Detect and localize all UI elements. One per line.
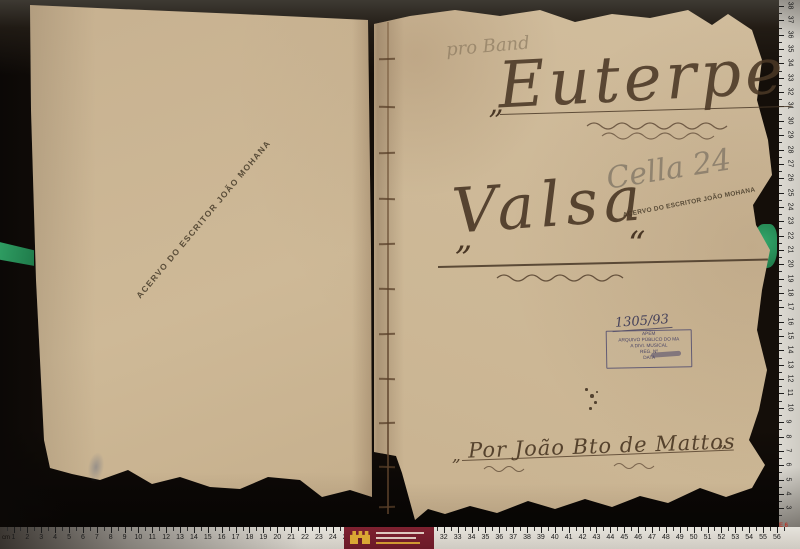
ruler-tick: [118, 527, 119, 531]
ruler-number: 3: [39, 534, 43, 541]
ruler-tick: [624, 527, 625, 533]
ruler-tick: [145, 527, 146, 531]
ruler-number: 46: [634, 534, 642, 541]
ruler-number: 5: [67, 534, 71, 541]
ruler-tick: [779, 228, 782, 229]
ruler-tick: [76, 527, 77, 531]
ruler-tick: [638, 527, 639, 533]
scanned-document-photo: 3837363534333231302928272625242322212019…: [0, 0, 800, 549]
author-flourish: [482, 464, 528, 474]
ruler-tick: [173, 527, 174, 531]
ruler-tick: [779, 257, 782, 258]
ruler-tick: [756, 527, 757, 531]
ruler-tick: [249, 527, 250, 533]
ruler-number: 33: [786, 73, 793, 81]
ruler-tick: [263, 527, 264, 533]
ruler-tick: [694, 527, 695, 533]
ruler-tick: [779, 250, 784, 251]
ruler-tick: [152, 527, 153, 533]
ruler-tick: [270, 527, 271, 531]
ruler-number: 28: [786, 145, 793, 153]
ruler-tick: [701, 527, 702, 531]
ruler-number: 41: [565, 534, 573, 541]
apem-logo-text: [376, 532, 424, 534]
ruler-tick: [562, 527, 563, 531]
ruler-number: 35: [482, 534, 490, 541]
ruler-tick: [687, 527, 688, 531]
ruler-number: 15: [786, 332, 793, 340]
ruler-tick: [41, 527, 42, 533]
ruler-number: 40: [551, 534, 559, 541]
ruler-number: 37: [786, 16, 793, 24]
ruler-number: 16: [786, 317, 793, 325]
ruler-tick: [779, 379, 784, 380]
ruler-number: 5: [784, 477, 791, 481]
ruler-tick: [779, 472, 782, 473]
ruler-tick: [779, 221, 784, 222]
ruler-number: 21: [287, 534, 295, 541]
ruler-tick: [779, 480, 784, 481]
ruler-tick: [779, 150, 784, 151]
ruler-tick: [548, 527, 549, 531]
ruler-tick: [779, 207, 784, 208]
ruler-tick: [277, 527, 278, 533]
ruler-tick: [159, 527, 160, 531]
ruler-number: 22: [786, 231, 793, 239]
ink-speck: [590, 394, 594, 398]
ruler-tick: [779, 358, 782, 359]
apem-stamp-box: APEM ARQUIVO PÚBLICO DO MA A DIVI. MUSIC…: [606, 329, 693, 368]
apem-logo-text: [376, 537, 416, 539]
ruler-number: 19: [786, 274, 793, 282]
ruler-number: 22: [301, 534, 309, 541]
ruler-number: 36: [786, 30, 793, 38]
ruler-tick: [131, 527, 132, 531]
ruler-tick: [201, 527, 202, 531]
ruler-number: 24: [329, 534, 337, 541]
ruler-tick: [779, 293, 784, 294]
ruler-tick: [298, 527, 299, 531]
ruler-tick: [779, 28, 782, 29]
ruler-tick: [340, 527, 341, 531]
ruler-tick: [166, 527, 167, 533]
ruler-number: 44: [606, 534, 614, 541]
ruler-number: 38: [786, 2, 793, 10]
ruler-tick: [583, 527, 584, 533]
ruler-tick: [478, 527, 479, 531]
ruler-tick: [90, 527, 91, 531]
ruler-number: 24: [786, 202, 793, 210]
ruler-number: 35: [786, 45, 793, 53]
ruler-tick: [569, 527, 570, 533]
ruler-tick: [779, 508, 784, 509]
ruler-tick: [779, 200, 782, 201]
ruler-tick: [617, 527, 618, 531]
ruler-number: 50: [690, 534, 698, 541]
apem-logo: [344, 527, 434, 549]
ruler-tick: [779, 114, 782, 115]
frame-mark: E 6: [779, 523, 788, 529]
ruler-tick: [590, 527, 591, 531]
ruler-tick: [779, 157, 782, 158]
ruler-number: 1: [12, 534, 16, 541]
ruler-tick: [721, 527, 722, 533]
ruler-tick: [779, 243, 782, 244]
ruler-tick: [97, 527, 98, 533]
ruler-tick: [485, 527, 486, 533]
ruler-number: 42: [579, 534, 587, 541]
ruler-number: 27: [786, 159, 793, 167]
ruler-number: 48: [662, 534, 670, 541]
ink-speck: [596, 391, 598, 393]
ruler-tick: [777, 527, 778, 533]
ruler-tick: [673, 527, 674, 531]
ruler-tick: [208, 527, 209, 533]
ruler-tick: [513, 527, 514, 533]
ruler-tick: [506, 527, 507, 531]
ruler-tick: [48, 527, 49, 531]
ruler-tick: [779, 515, 782, 516]
ruler-number: 11: [786, 389, 793, 396]
ruler-tick: [779, 185, 782, 186]
ruler-tick: [779, 329, 782, 330]
ruler-tick: [326, 527, 327, 531]
ruler-tick: [27, 527, 28, 533]
ruler-tick: [779, 286, 782, 287]
ruler-number: 6: [784, 463, 791, 467]
ruler-number: 7: [784, 448, 791, 452]
ruler-tick: [492, 527, 493, 531]
ruler-tick: [779, 271, 782, 272]
ruler-tick: [458, 527, 459, 533]
ruler-tick: [652, 527, 653, 533]
ruler-number: 19: [259, 534, 267, 541]
ruler-number: 23: [786, 217, 793, 225]
ruler-number: 15: [204, 534, 212, 541]
ruler-tick: [779, 350, 784, 351]
ruler-tick: [194, 527, 195, 533]
ruler-number: 16: [218, 534, 226, 541]
ruler-tick: [779, 465, 784, 466]
ruler-number: 8: [109, 534, 113, 541]
ruler-tick: [779, 178, 784, 179]
ruler-tick: [534, 527, 535, 531]
ruler-tick: [770, 527, 771, 531]
ruler-tick: [499, 527, 500, 533]
ruler-tick: [779, 393, 784, 394]
ruler-tick: [779, 408, 784, 409]
ruler-tick: [527, 527, 528, 533]
ruler-tick: [437, 527, 438, 531]
ruler-tick: [779, 365, 784, 366]
ruler-tick: [645, 527, 646, 531]
ruler-tick: [779, 164, 784, 165]
ruler-tick: [236, 527, 237, 533]
ruler-tick: [779, 264, 784, 265]
ruler-number: 34: [786, 59, 793, 67]
ruler-tick: [243, 527, 244, 531]
ruler-tick: [659, 527, 660, 531]
ruler-tick: [319, 527, 320, 533]
ruler-tick: [284, 527, 285, 531]
ruler-tick: [779, 142, 782, 143]
ruler-number: 21: [786, 246, 793, 254]
ruler-number: 39: [537, 534, 545, 541]
ruler-number: 20: [786, 260, 793, 268]
ruler-number: 20: [273, 534, 281, 541]
ruler-tick: [779, 214, 782, 215]
ruler-tick: [714, 527, 715, 531]
ruler-number: 11: [149, 534, 156, 541]
ruler-tick: [779, 6, 784, 7]
ruler-tick: [256, 527, 257, 531]
ruler-unit-label: cm: [2, 535, 10, 541]
ruler-tick: [104, 527, 105, 531]
ruler-tick: [333, 527, 334, 533]
ruler-tick: [779, 494, 784, 495]
ruler-number: 14: [190, 534, 198, 541]
ruler-tick: [631, 527, 632, 531]
spine-fold: [387, 22, 389, 514]
ruler-tick: [555, 527, 556, 533]
ruler-tick: [610, 527, 611, 533]
ruler-number: 17: [786, 303, 793, 311]
ruler-tick: [708, 527, 709, 533]
ruler-number: 6: [81, 534, 85, 541]
ink-speck: [594, 401, 597, 404]
ruler-tick: [735, 527, 736, 533]
ink-speck: [589, 407, 592, 410]
ruler-number: 9: [784, 420, 791, 424]
ruler-tick: [83, 527, 84, 533]
ruler-number: 36: [495, 534, 503, 541]
ruler-number: 37: [509, 534, 517, 541]
ruler-number: 38: [523, 534, 531, 541]
ruler-tick: [7, 527, 8, 531]
ruler-number: 3: [784, 506, 791, 510]
ruler-tick: [779, 135, 784, 136]
ruler-tick: [291, 527, 292, 533]
ruler-tick: [138, 527, 139, 533]
ruler-number: 10: [786, 403, 793, 411]
ruler-tick: [62, 527, 63, 531]
ruler-number: 4: [784, 491, 791, 495]
ruler-number: 13: [786, 360, 793, 368]
ruler-tick: [111, 527, 112, 533]
ruler-tick: [444, 527, 445, 533]
ruler-tick: [779, 13, 782, 14]
ruler-number: 12: [162, 534, 170, 541]
ruler-tick: [779, 193, 784, 194]
ruler-number: 25: [786, 188, 793, 196]
ruler-tick: [779, 451, 784, 452]
ruler-number: 51: [704, 534, 712, 541]
ruler-number: 52: [717, 534, 725, 541]
subtitle-script: Valsa: [450, 161, 649, 247]
ruler-tick: [779, 300, 782, 301]
ruler-tick: [749, 527, 750, 533]
ruler-tick: [596, 527, 597, 533]
ruler-tick: [779, 487, 782, 488]
ruler-tick: [779, 415, 782, 416]
ruler-tick: [34, 527, 35, 531]
ruler-number: 2: [25, 534, 29, 541]
ruler-number: 30: [786, 116, 793, 124]
ruler-tick: [229, 527, 230, 531]
ruler-number: 54: [745, 534, 753, 541]
ruler-tick: [666, 527, 667, 533]
ruler-number: 53: [731, 534, 739, 541]
ruler-tick: [20, 527, 21, 531]
ruler-tick: [779, 386, 782, 387]
ruler-tick: [779, 458, 782, 459]
ruler-tick: [779, 437, 784, 438]
ruler-tick: [215, 527, 216, 531]
ruler-tick: [779, 315, 782, 316]
ruler-tick: [779, 372, 782, 373]
ruler-tick: [125, 527, 126, 533]
ruler-number: 34: [468, 534, 476, 541]
ruler-number: 13: [176, 534, 184, 541]
ruler-tick: [305, 527, 306, 533]
apem-logo-text: [376, 542, 420, 544]
ruler-tick: [779, 336, 784, 337]
ruler-tick: [779, 429, 782, 430]
ruler-tick: [779, 171, 782, 172]
ruler-number: 17: [232, 534, 240, 541]
ruler-tick: [779, 343, 782, 344]
subtitle-flourish: [495, 272, 635, 284]
ruler-tick: [680, 527, 681, 533]
ruler-tick: [779, 121, 784, 122]
ruler-tick: [779, 279, 784, 280]
ruler-tick: [541, 527, 542, 533]
ruler-tick: [451, 527, 452, 531]
ruler-tick: [14, 527, 15, 533]
ruler-number: 18: [786, 289, 793, 297]
title-flourish: [600, 130, 720, 142]
ruler-number: 47: [648, 534, 656, 541]
ruler-tick: [779, 236, 784, 237]
ruler-tick: [742, 527, 743, 531]
ruler-tick: [222, 527, 223, 533]
ruler-tick: [69, 527, 70, 533]
ruler-tick: [779, 20, 784, 21]
ruler-number: 23: [315, 534, 323, 541]
ruler-number: 7: [95, 534, 99, 541]
ruler-number: 43: [593, 534, 601, 541]
ruler-number: 4: [53, 534, 57, 541]
ruler-number: 55: [759, 534, 767, 541]
ruler-tick: [728, 527, 729, 531]
ruler-number: 29: [786, 131, 793, 139]
ruler-number: 8: [784, 434, 791, 438]
ruler-number: 45: [620, 534, 628, 541]
ruler-number: 33: [454, 534, 462, 541]
ruler-number: 14: [786, 346, 793, 354]
ruler-tick: [187, 527, 188, 531]
castle-door-icon: [358, 538, 362, 544]
ruler-tick: [465, 527, 466, 531]
ruler-number: 49: [676, 534, 684, 541]
ruler-tick: [779, 422, 784, 423]
ruler-tick: [312, 527, 313, 531]
ink-speck: [585, 388, 588, 391]
ruler-tick: [779, 128, 782, 129]
author-flourish: [612, 461, 662, 471]
ruler-number: 18: [246, 534, 254, 541]
ruler-tick: [603, 527, 604, 531]
ruler-number: 9: [123, 534, 127, 541]
ruler-tick: [180, 527, 181, 533]
ruler-tick: [779, 444, 782, 445]
ruler-tick: [779, 307, 784, 308]
ruler-number: 32: [440, 534, 448, 541]
ruler-tick: [779, 401, 782, 402]
author-open-quote: „: [452, 446, 461, 466]
ruler-number: 12: [786, 375, 793, 383]
ruler-tick: [779, 501, 782, 502]
ruler-number: 56: [773, 534, 781, 541]
subtitle-close-quote: “: [628, 224, 645, 264]
ruler-tick: [779, 322, 784, 323]
ruler-tick: [472, 527, 473, 533]
ruler-tick: [763, 527, 764, 533]
ruler-tick: [576, 527, 577, 531]
ruler-tick: [520, 527, 521, 531]
ruler-tick: [55, 527, 56, 533]
ruler-number: 10: [135, 534, 143, 541]
ruler-number: 26: [786, 174, 793, 182]
